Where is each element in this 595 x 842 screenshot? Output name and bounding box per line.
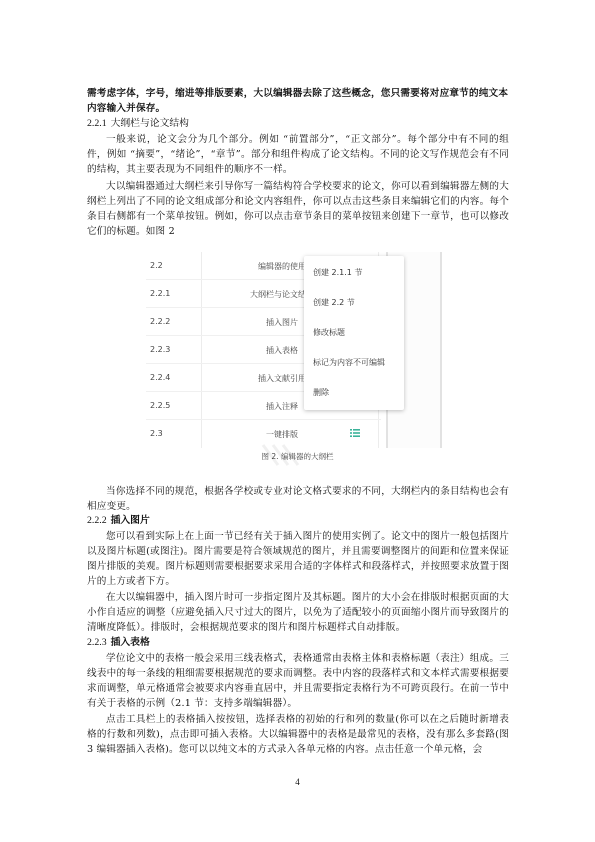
document-page: 需考虑字体，字号，缩进等排版要素，大以编辑器去除了这些概念，您只需要将对应章节的… <box>0 0 595 842</box>
outline-context-menu: 创建 2.1.1 节 创建 2.2 节 修改标题 标记为内容不可编辑 删除 <box>304 256 404 410</box>
section-heading-2-2-3: 2.2.3插入表格 <box>87 636 150 650</box>
paragraph-outline-intro: 一般来说，论文会分为几个部分。例如 “前置部分”，“正文部分”。每个部分中有不同… <box>87 132 509 177</box>
section-number: 2.2.3 <box>87 637 107 648</box>
page-number: 4 <box>0 777 595 787</box>
intro-bold-text: 需考虑字体，字号，缩进等排版要素，大以编辑器去除了这些概念，您只需要将对应章节的… <box>87 86 509 116</box>
menu-item-mark-readonly[interactable]: 标记为内容不可编辑 <box>313 356 385 370</box>
paragraph-outline-usage: 大以编辑器通过大纲栏来引导你写一篇结构符合学校要求的论文，你可以看到编辑器左侧的… <box>87 179 509 239</box>
outline-row-number: 2.2.4 <box>150 373 170 382</box>
section-heading-2-2-1: 2.2.1大纲栏与论文结构 <box>87 117 189 131</box>
menu-item-delete[interactable]: 删除 <box>313 386 329 400</box>
menu-item-rename-title[interactable]: 修改标题 <box>313 326 345 340</box>
section-title: 插入图片 <box>111 515 150 526</box>
section-title: 插入表格 <box>111 637 150 648</box>
section-heading-2-2-2: 2.2.2插入图片 <box>87 514 150 528</box>
menu-item-create-subsection[interactable]: 创建 2.1.1 节 <box>313 266 362 280</box>
paragraph-image-usage: 在大以编辑器中，插入图片时可一步指定图片及其标题。图片的大小会在排版时根据页面的… <box>87 590 509 635</box>
outline-row-number: 2.2.5 <box>150 401 170 410</box>
list-menu-icon[interactable] <box>350 429 360 437</box>
section-number: 2.2.2 <box>87 515 107 526</box>
paragraph-table-intro: 学位论文中的表格一般会采用三线表格式，表格通常由表格主体和表格标题（表注）组成。… <box>87 651 509 711</box>
outline-row-number: 2.2 <box>150 261 163 270</box>
paragraph-outline-variation: 当你选择不同的规范，根据各学校或专业对论文格式要求的不同，大纲栏内的条目结构也会… <box>87 484 509 514</box>
outline-row-number: 2.2.2 <box>150 317 170 326</box>
figure-caption: 图 2. 编辑器的大纲栏 <box>0 451 595 462</box>
section-title: 大纲栏与论文结构 <box>111 118 189 129</box>
outline-row[interactable]: 2.3 一键排版 <box>146 420 381 447</box>
paragraph-image-intro: 您可以看到实际上在上面一节已经有关于插入图片的使用实例了。论文中的图片一般包括图… <box>87 529 509 589</box>
outline-row-number: 2.3 <box>150 429 163 438</box>
section-number: 2.2.1 <box>87 118 107 129</box>
paragraph-table-usage: 点击工具栏上的表格插入按按钮，选择表格的初始的行和列的数量(你可以在之后随时新增… <box>87 712 509 757</box>
outline-row-number: 2.2.3 <box>150 345 170 354</box>
menu-item-create-section[interactable]: 创建 2.2 节 <box>313 296 355 310</box>
figure-outline-screenshot: 2.2 编辑器的使用 2.2.1 大纲栏与论文结构 2.2.2 插入图片 2.2… <box>146 252 458 448</box>
outline-row-number: 2.2.1 <box>150 289 170 298</box>
outline-row-title: 一键排版 <box>202 429 362 440</box>
